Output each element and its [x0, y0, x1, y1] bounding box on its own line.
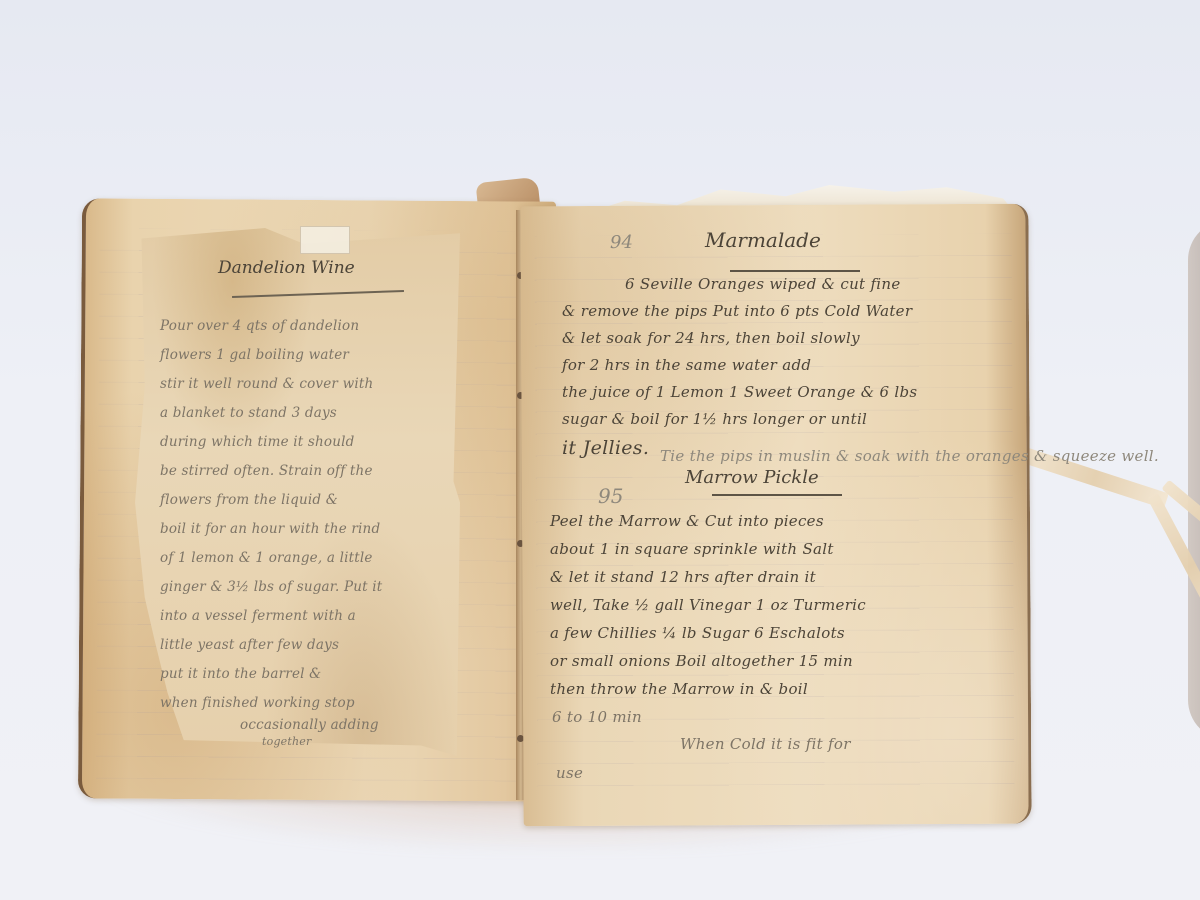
clipping-line: flowers from the liquid &	[160, 492, 338, 508]
recipe-line: a few Chillies ¼ lb Sugar 6 Eschalots	[550, 624, 845, 642]
clipping-line: together	[262, 735, 311, 748]
recipe-line: then throw the Marrow in & boil	[550, 680, 808, 698]
recipe-line: about 1 in square sprinkle with Salt	[550, 540, 834, 558]
clipping-line: little yeast after few days	[160, 637, 339, 653]
clipping-line: be stirred often. Strain off the	[160, 463, 373, 479]
clipping-line: of 1 lemon & 1 orange, a little	[160, 550, 373, 566]
clipping-line: stir it well round & cover with	[160, 376, 373, 392]
clipping-line: Pour over 4 qts of dandelion	[160, 318, 359, 334]
recipe-title-marmalade: Marmalade	[705, 228, 821, 252]
title-underline	[730, 270, 860, 272]
recipe-line: 6 to 10 min	[552, 708, 642, 726]
recipe-line: Peel the Marrow & Cut into pieces	[550, 512, 824, 530]
recipe-line: it Jellies.	[562, 437, 649, 459]
title-underline	[712, 494, 842, 496]
recipe-title-marrow-pickle: Marrow Pickle	[685, 467, 819, 488]
clipping-title: Dandelion Wine	[218, 258, 355, 278]
clipping-line: a blanket to stand 3 days	[160, 405, 337, 421]
recipe-line: 6 Seville Oranges wiped & cut fine	[625, 275, 901, 293]
clipping-line: put it into the barrel &	[160, 666, 321, 682]
clipping-line: occasionally adding	[240, 717, 379, 733]
recipe-line: When Cold it is fit for	[680, 735, 851, 753]
clipping-line: flowers 1 gal boiling water	[160, 347, 349, 363]
page-number: 94	[610, 232, 633, 253]
photo-scene: Dandelion Wine Pour over 4 qts of dandel…	[0, 0, 1200, 900]
clipping-line: into a vessel ferment with a	[160, 608, 356, 624]
recipe-line: the juice of 1 Lemon 1 Sweet Orange & 6 …	[562, 383, 917, 401]
tape-strip	[300, 226, 350, 254]
recipe-line: use	[556, 764, 583, 782]
clipping-line: when finished working stop	[160, 695, 355, 711]
clipping-line: boil it for an hour with the rind	[160, 521, 380, 537]
recipe-line: & remove the pips Put into 6 pts Cold Wa…	[562, 302, 912, 320]
recipe-line: or small onions Boil altogether 15 min	[550, 652, 853, 670]
background-object-edge	[1188, 220, 1200, 740]
recipe-line: & let soak for 24 hrs, then boil slowly	[562, 329, 860, 347]
recipe-line: & let it stand 12 hrs after drain it	[550, 568, 816, 586]
page-number: 95	[598, 484, 623, 508]
margin-note: Tie the pips in muslin & soak with the o…	[660, 447, 1159, 465]
recipe-line: sugar & boil for 1½ hrs longer or until	[562, 410, 867, 428]
clipping-line: ginger & 3½ lbs of sugar. Put it	[160, 579, 382, 595]
recipe-line: for 2 hrs in the same water add	[562, 356, 811, 374]
recipe-line: well, Take ½ gall Vinegar 1 oz Turmeric	[550, 596, 866, 614]
clipping-line: during which time it should	[160, 434, 355, 450]
